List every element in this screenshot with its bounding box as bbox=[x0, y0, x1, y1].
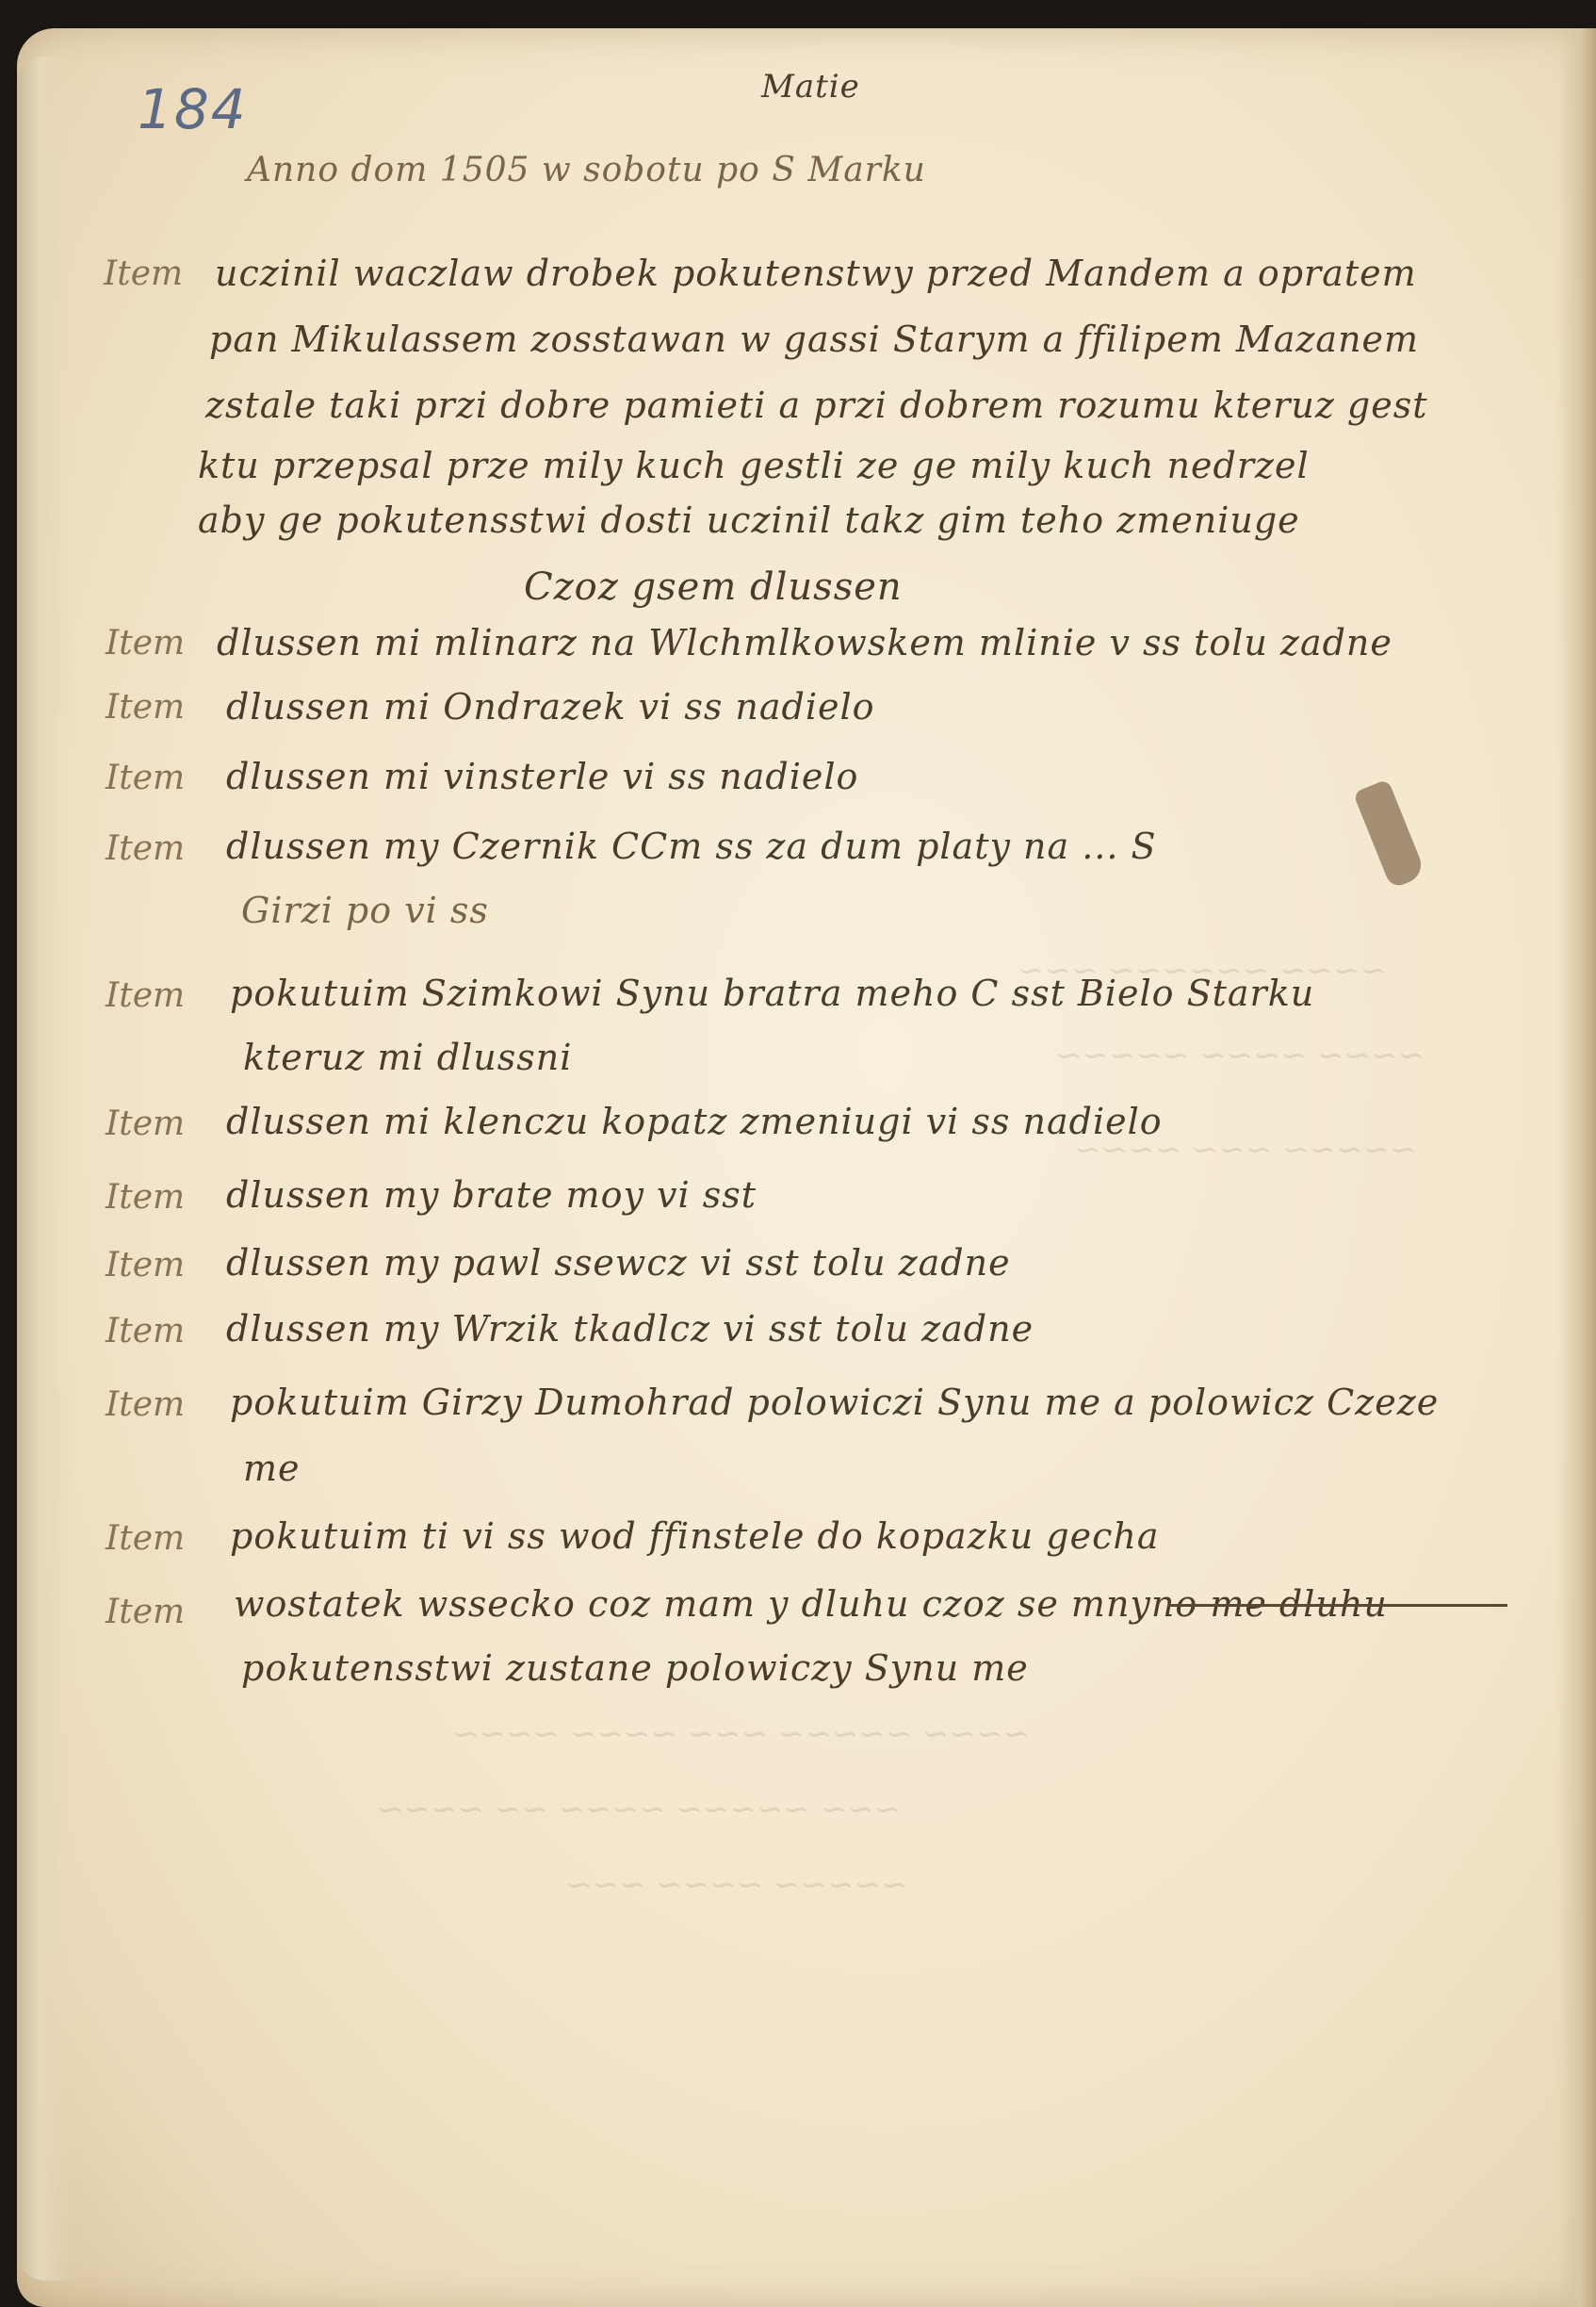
entry-line: dlussen my brate moy vi sst bbox=[226, 1174, 757, 1216]
intro-line-1: uczinil waczlaw drobek pokutenstwy przed… bbox=[215, 253, 1417, 294]
item-mark: Item bbox=[106, 976, 185, 1015]
item-mark: Item bbox=[106, 1593, 185, 1631]
page-gutter-right bbox=[1558, 28, 1596, 2307]
entry-line: dlussen mi klenczu kopatz zmeniugi vi ss… bbox=[226, 1101, 1163, 1142]
item-mark: Item bbox=[106, 1385, 185, 1424]
item-mark: Item bbox=[104, 254, 183, 293]
entry-line: pokutensstwi zustane polowiczy Synu me bbox=[241, 1647, 1029, 1689]
intro-line-2: pan Mikulassem zosstawan w gassi Starym … bbox=[209, 319, 1419, 360]
entry-line: pokutuim ti vi ss wod ffinstele do kopaz… bbox=[230, 1515, 1160, 1557]
folio-number: 184 bbox=[138, 77, 248, 141]
show-through-text: ~~~~ ~~~~ ~~~~~ bbox=[1055, 1037, 1425, 1074]
show-through-text: ~~~ ~~~~~ ~~~~ ~~ ~~~~ bbox=[377, 1791, 901, 1828]
entry-line: dlussen mi mlinarz na Wlchmlkowskem mlin… bbox=[217, 622, 1392, 663]
show-through-text: ~~~~~ ~~~~ ~~~ bbox=[565, 1866, 907, 1904]
item-mark: Item bbox=[106, 1104, 185, 1143]
entry-line: me bbox=[243, 1448, 301, 1489]
entry-line: dlussen my Czernik CCm ss za dum platy n… bbox=[226, 826, 1157, 867]
section-heading: Czoz gsem dlussen bbox=[524, 565, 903, 609]
item-mark: Item bbox=[106, 1312, 185, 1350]
entry-line: pokutuim Girzy Dumohrad polowiczi Synu m… bbox=[230, 1382, 1439, 1423]
date-line: Anno dom 1505 w sobotu po S Marku bbox=[247, 151, 926, 189]
entry-line: Girzi po vi ss bbox=[241, 890, 489, 931]
item-mark: Item bbox=[106, 829, 185, 868]
item-mark: Item bbox=[106, 1519, 185, 1558]
entry-line: pokutuim Szimkowi Synu bratra meho C sst… bbox=[230, 973, 1314, 1014]
page-title: Matie bbox=[761, 68, 860, 106]
intro-line-4: ktu przepsal prze mily kuch gestli ze ge… bbox=[198, 445, 1310, 486]
intro-line-3: zstale taki przi dobre pamieti a przi do… bbox=[205, 384, 1428, 426]
item-mark: Item bbox=[106, 759, 185, 797]
entry-line: dlussen mi vinsterle vi ss nadielo bbox=[226, 756, 858, 797]
item-mark: Item bbox=[106, 688, 185, 727]
entry-line: dlussen my Wrzik tkadlcz vi sst tolu zad… bbox=[226, 1308, 1034, 1350]
intro-line-5: aby ge pokutensstwi dosti uczinil takz g… bbox=[198, 499, 1300, 541]
item-mark: Item bbox=[106, 1178, 185, 1217]
item-mark: Item bbox=[106, 624, 185, 663]
entry-line: dlussen my pawl ssewcz vi sst tolu zadne bbox=[226, 1242, 1011, 1284]
item-mark: Item bbox=[106, 1246, 185, 1284]
page-stack-edge-left bbox=[17, 57, 73, 2281]
entry-line: dlussen mi Ondrazek vi ss nadielo bbox=[226, 686, 875, 728]
entry-line: kteruz mi dlussni bbox=[243, 1037, 572, 1078]
strikethrough-mark bbox=[1168, 1604, 1507, 1607]
show-through-text: ~~~~ ~~~~~ ~~~ ~~~~ ~~~~ bbox=[452, 1715, 1030, 1753]
